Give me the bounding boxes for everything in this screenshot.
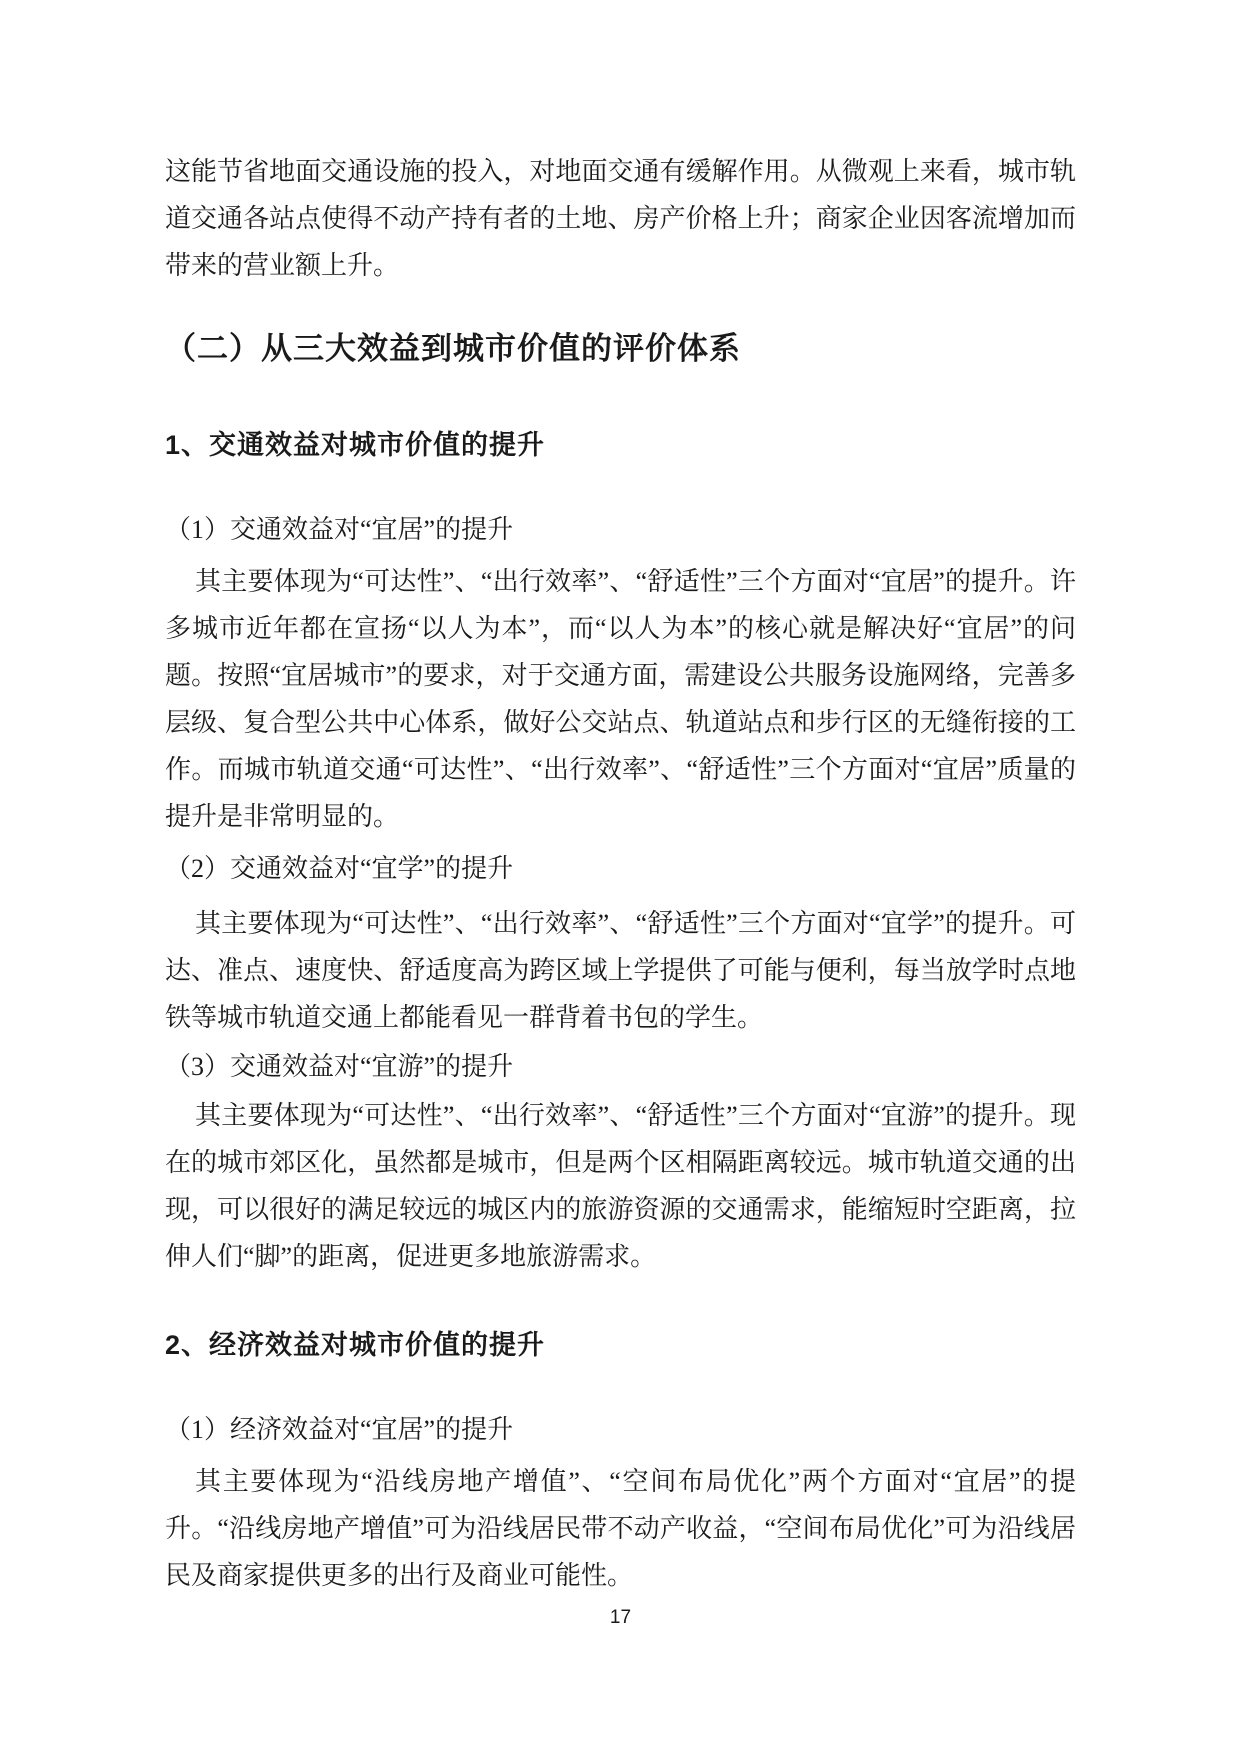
subheading-economic-benefit: 2、经济效益对城市价值的提升: [165, 1324, 1076, 1366]
paragraph-intro: 这能节省地面交通设施的投入，对地面交通有缓解作用。从微观上来看，城市轨道交通各站…: [165, 148, 1076, 289]
item-3-body: 其主要体现为“可达性”、“出行效率”、“舒适性”三个方面对“宜游”的提升。现在的…: [165, 1092, 1076, 1280]
item-1-title: （1）交通效益对“宜居”的提升: [165, 506, 1076, 553]
item-1-body: 其主要体现为“可达性”、“出行效率”、“舒适性”三个方面对“宜居”的提升。许多城…: [165, 558, 1076, 840]
item-2-title: （2）交通效益对“宜学”的提升: [165, 845, 1076, 892]
item-4-body: 其主要体现为“沿线房地产增值”、“空间布局优化”两个方面对“宜居”的提升。“沿线…: [165, 1458, 1076, 1599]
item-3-title: （3）交通效益对“宜游”的提升: [165, 1043, 1076, 1090]
item-4-title: （1）经济效益对“宜居”的提升: [165, 1406, 1076, 1453]
page-number: 17: [165, 1605, 1076, 1631]
section-heading: （二）从三大效益到城市价值的评价体系: [165, 326, 1076, 372]
subheading-traffic-benefit: 1、交通效益对城市价值的提升: [165, 424, 1076, 466]
item-2-body: 其主要体现为“可达性”、“出行效率”、“舒适性”三个方面对“宜学”的提升。可达、…: [165, 900, 1076, 1041]
document-page: 这能节省地面交通设施的投入，对地面交通有缓解作用。从微观上来看，城市轨道交通各站…: [0, 0, 1240, 1754]
